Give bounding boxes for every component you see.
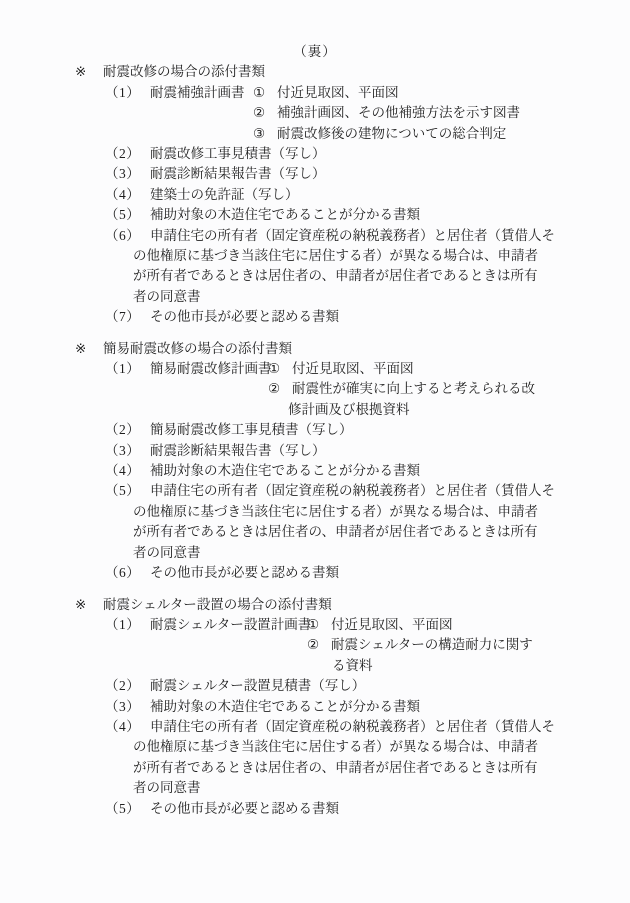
section-marker: ※ bbox=[75, 339, 86, 359]
item-text-wrap: の他権原に基づき当該住宅に居住する者）が異なる場合は、申請者 bbox=[0, 502, 630, 522]
list-item: （7）その他市長が必要と認める書類 bbox=[0, 307, 630, 327]
sub-item: ②補強計画図、その他補強方法を示す図書 bbox=[253, 103, 520, 123]
sub-text: 付近見取図、平面図 bbox=[331, 615, 453, 635]
item-number: （3） bbox=[105, 441, 140, 461]
item-text: 建築士の免許証（写し） bbox=[150, 187, 299, 202]
item-number: （5） bbox=[105, 481, 140, 501]
item-text-wrap: の他権原に基づき当該住宅に居住する者）が異なる場合は、申請者 bbox=[0, 246, 630, 266]
item-number: （1） bbox=[105, 359, 140, 379]
item-number: （3） bbox=[105, 164, 140, 184]
item-number: （3） bbox=[105, 697, 140, 717]
sub-text: 耐震改修後の建物についての総合判定 bbox=[277, 124, 506, 144]
item-text: 申請住宅の所有者（固定資産税の納税義務者）と居住者（賃借人そ bbox=[150, 483, 555, 498]
item-number: （2） bbox=[105, 420, 140, 440]
item-text-wrap: の他権原に基づき当該住宅に居住する者）が異なる場合は、申請者 bbox=[0, 737, 630, 757]
sub-number: ③ bbox=[253, 124, 277, 144]
section-title: 耐震シェルター設置の場合の添付書類 bbox=[103, 597, 332, 612]
sub-item: ①付近見取図、平面図 bbox=[307, 615, 453, 635]
sub-text: 耐震シェルターの構造耐力に関す bbox=[331, 635, 533, 655]
list-item: （4）申請住宅の所有者（固定資産税の納税義務者）と居住者（賃借人そ bbox=[0, 717, 630, 737]
list-item: （1）耐震補強計画書①付近見取図、平面図 bbox=[0, 83, 630, 103]
sub-number: ① bbox=[253, 83, 277, 103]
section-heading: ※簡易耐震改修の場合の添付書類 bbox=[0, 339, 630, 359]
item-text: その他市長が必要と認める書類 bbox=[150, 565, 339, 580]
list-item: （2）耐震改修工事見積書（写し） bbox=[0, 144, 630, 164]
item-number: （1） bbox=[105, 615, 140, 635]
item-number: （5） bbox=[105, 205, 140, 225]
item-text: その他市長が必要と認める書類 bbox=[150, 309, 339, 324]
item-number: （4） bbox=[105, 461, 140, 481]
section-marker: ※ bbox=[75, 595, 86, 615]
list-item: （3）耐震診断結果報告書（写し） bbox=[0, 164, 630, 184]
item-text: 申請住宅の所有者（固定資産税の納税義務者）と居住者（賃借人そ bbox=[150, 228, 555, 243]
sub-text: 付近見取図、平面図 bbox=[292, 359, 414, 379]
sub-number: ① bbox=[268, 359, 292, 379]
item-text-wrap: が所有者であるときは居住者の、申請者が居住者であるときは所有 bbox=[0, 522, 630, 542]
item-text: 耐震診断結果報告書（写し） bbox=[150, 443, 326, 458]
section-heading: ※耐震シェルター設置の場合の添付書類 bbox=[0, 595, 630, 615]
list-item: （1）簡易耐震改修計画書①付近見取図、平面図 bbox=[0, 359, 630, 379]
item-text-wrap: が所有者であるときは居住者の、申請者が居住者であるときは所有 bbox=[0, 758, 630, 778]
list-item: （4）補助対象の木造住宅であることが分かる書類 bbox=[0, 461, 630, 481]
document-page: （裏）※耐震改修の場合の添付書類（1）耐震補強計画書①付近見取図、平面図②補強計… bbox=[0, 0, 630, 819]
sub-text-wrap: 修計画及び根拠資料 bbox=[0, 400, 630, 420]
list-item: （5）補助対象の木造住宅であることが分かる書類 bbox=[0, 205, 630, 225]
item-text: 耐震シェルター設置計画書 bbox=[150, 617, 311, 632]
list-item: （6）その他市長が必要と認める書類 bbox=[0, 563, 630, 583]
section-title: 耐震改修の場合の添付書類 bbox=[103, 64, 265, 79]
sub-item: ①付近見取図、平面図 bbox=[268, 359, 414, 379]
item-text-wrap: 者の同意書 bbox=[0, 287, 630, 307]
sub-text: 付近見取図、平面図 bbox=[277, 83, 399, 103]
item-number: （7） bbox=[105, 307, 140, 327]
item-number: （6） bbox=[105, 563, 140, 583]
sub-item: ①付近見取図、平面図 bbox=[253, 83, 399, 103]
item-text: 耐震補強計画書 bbox=[150, 85, 245, 100]
sub-number: ② bbox=[253, 103, 277, 123]
section-heading: ※耐震改修の場合の添付書類 bbox=[0, 62, 630, 82]
item-text-wrap: 者の同意書 bbox=[0, 543, 630, 563]
list-item: （3）耐震診断結果報告書（写し） bbox=[0, 441, 630, 461]
page-label: （裏） bbox=[0, 42, 630, 62]
sub-text-wrap: る資料 bbox=[0, 656, 630, 676]
sub-text: 補強計画図、その他補強方法を示す図書 bbox=[277, 103, 520, 123]
sub-number: ② bbox=[307, 635, 331, 655]
list-item: （3）補助対象の木造住宅であることが分かる書類 bbox=[0, 697, 630, 717]
item-text-wrap: 者の同意書 bbox=[0, 778, 630, 798]
list-item: （5）申請住宅の所有者（固定資産税の納税義務者）と居住者（賃借人そ bbox=[0, 481, 630, 501]
item-text: 補助対象の木造住宅であることが分かる書類 bbox=[150, 699, 420, 714]
sub-item: ②補強計画図、その他補強方法を示す図書 bbox=[0, 103, 630, 123]
item-text: 補助対象の木造住宅であることが分かる書類 bbox=[150, 463, 420, 478]
section-title: 簡易耐震改修の場合の添付書類 bbox=[103, 341, 292, 356]
list-item: （2）耐震シェルター設置見積書（写し） bbox=[0, 676, 630, 696]
item-text: 耐震改修工事見積書（写し） bbox=[150, 146, 326, 161]
list-item: （6）申請住宅の所有者（固定資産税の納税義務者）と居住者（賃借人そ bbox=[0, 226, 630, 246]
list-item: （5）その他市長が必要と認める書類 bbox=[0, 799, 630, 819]
item-number: （2） bbox=[105, 676, 140, 696]
item-text: 簡易耐震改修計画書 bbox=[150, 361, 272, 376]
sub-item: ②耐震性が確実に向上すると考えられる改 bbox=[0, 379, 630, 399]
sub-item: ②耐震性が確実に向上すると考えられる改 bbox=[268, 379, 535, 399]
sub-item: ②耐震シェルターの構造耐力に関す bbox=[0, 635, 630, 655]
list-item: （2）簡易耐震改修工事見積書（写し） bbox=[0, 420, 630, 440]
item-number: （4） bbox=[105, 185, 140, 205]
item-number: （4） bbox=[105, 717, 140, 737]
sub-item: ②耐震シェルターの構造耐力に関す bbox=[307, 635, 533, 655]
list-item: （4）建築士の免許証（写し） bbox=[0, 185, 630, 205]
section-marker: ※ bbox=[75, 62, 86, 82]
item-text: 補助対象の木造住宅であることが分かる書類 bbox=[150, 207, 420, 222]
sub-text: 耐震性が確実に向上すると考えられる改 bbox=[292, 379, 535, 399]
item-text: 耐震診断結果報告書（写し） bbox=[150, 166, 326, 181]
item-text: 簡易耐震改修工事見積書（写し） bbox=[150, 422, 353, 437]
sub-item: ③耐震改修後の建物についての総合判定 bbox=[253, 124, 506, 144]
item-text-wrap: が所有者であるときは居住者の、申請者が居住者であるときは所有 bbox=[0, 266, 630, 286]
item-number: （2） bbox=[105, 144, 140, 164]
sub-number: ② bbox=[268, 379, 292, 399]
list-item: （1）耐震シェルター設置計画書①付近見取図、平面図 bbox=[0, 615, 630, 635]
sub-number: ① bbox=[307, 615, 331, 635]
item-number: （5） bbox=[105, 799, 140, 819]
sub-item: ③耐震改修後の建物についての総合判定 bbox=[0, 124, 630, 144]
item-text: 申請住宅の所有者（固定資産税の納税義務者）と居住者（賃借人そ bbox=[150, 719, 555, 734]
item-number: （1） bbox=[105, 83, 140, 103]
item-text: その他市長が必要と認める書類 bbox=[150, 801, 339, 816]
item-text: 耐震シェルター設置見積書（写し） bbox=[150, 678, 365, 693]
item-number: （6） bbox=[105, 226, 140, 246]
